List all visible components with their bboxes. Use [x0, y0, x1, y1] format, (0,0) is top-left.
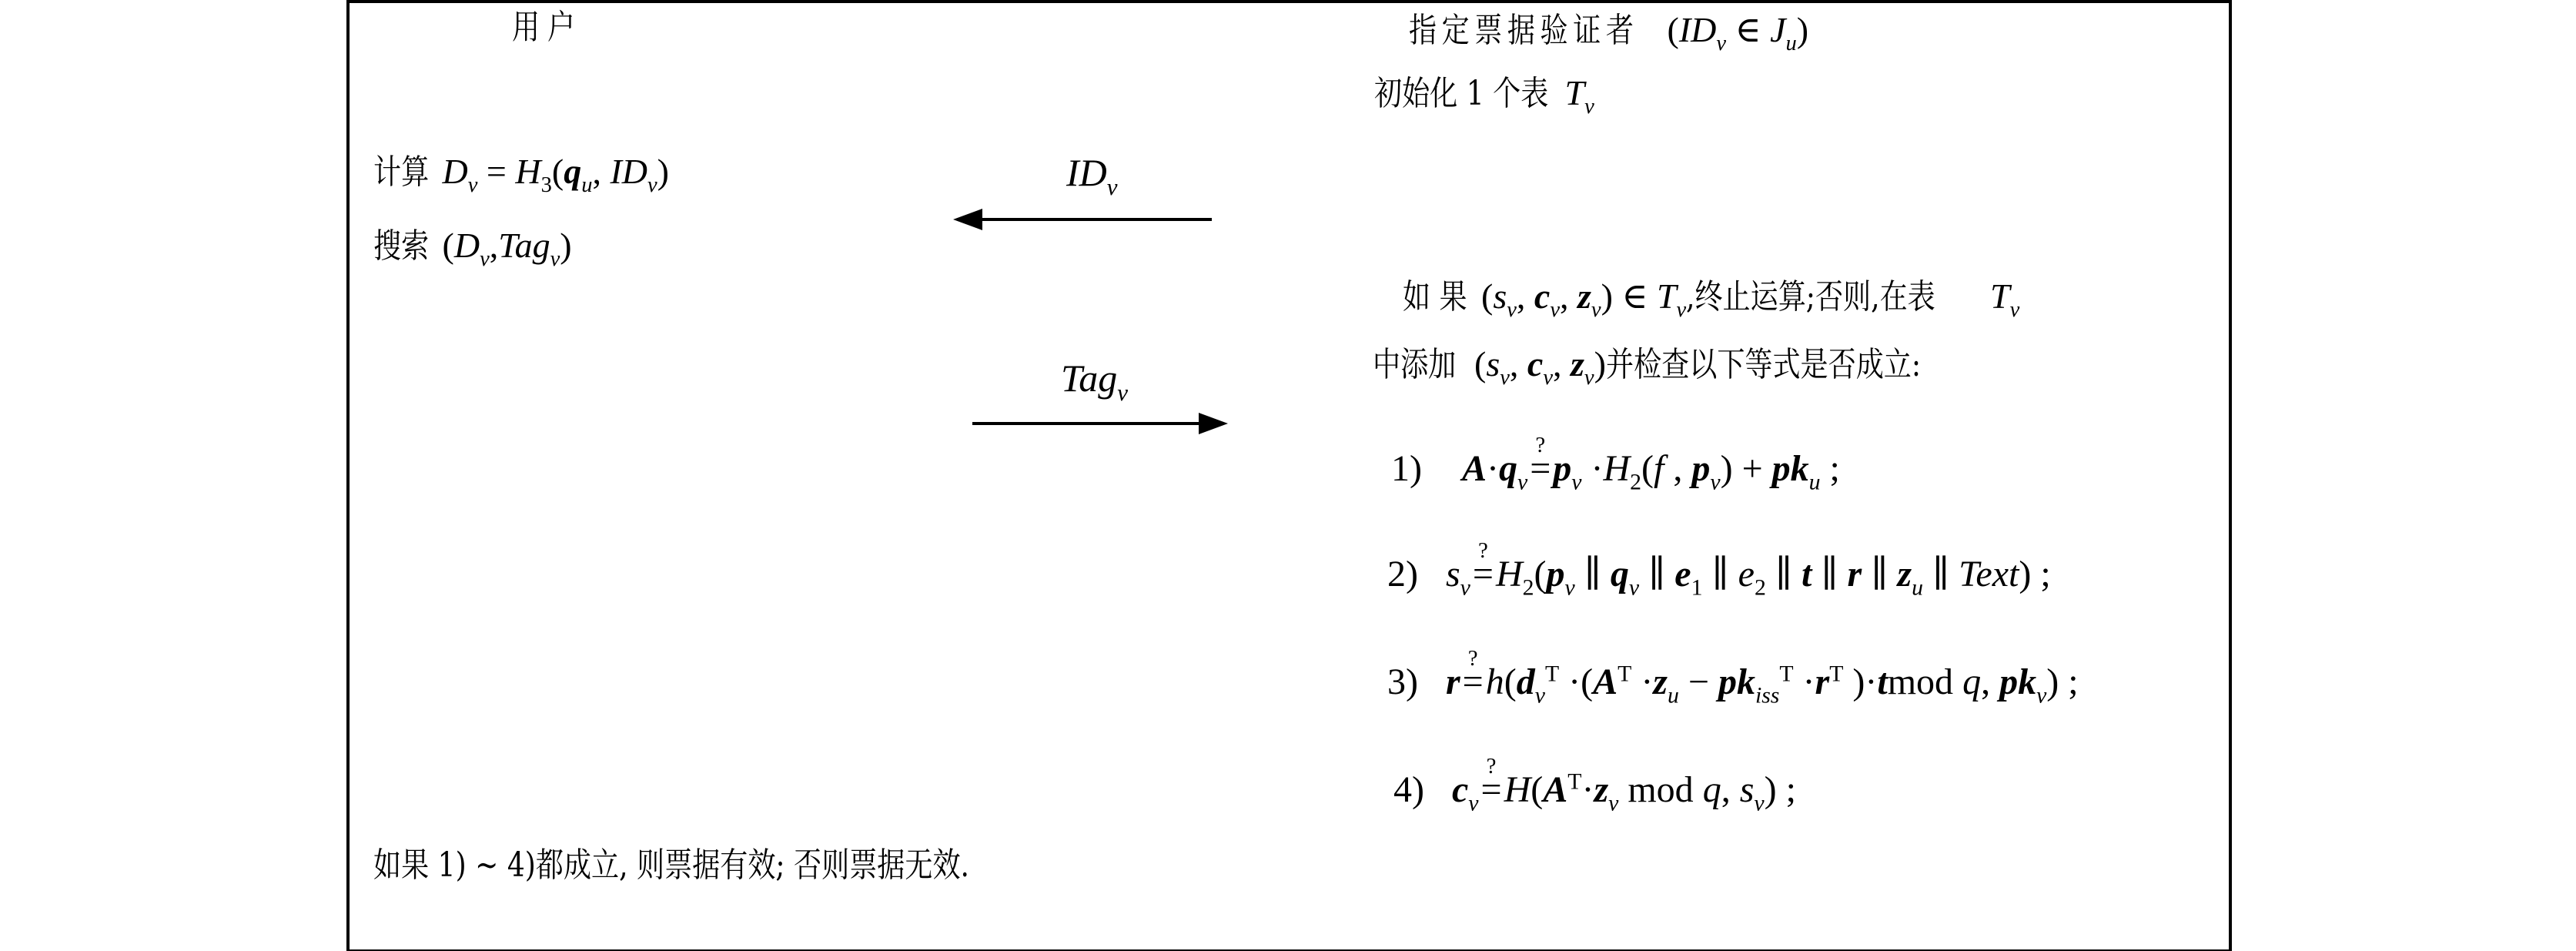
user-title-text: 用户: [512, 11, 583, 45]
math-symbol: (: [1534, 554, 1547, 594]
math-symbol: v: [1460, 574, 1470, 600]
math-symbol: v: [1716, 32, 1726, 55]
math-symbol: ,: [1553, 344, 1571, 383]
math-symbol: c: [1534, 276, 1550, 316]
math-symbol: ,: [490, 226, 499, 265]
equation-2-math: sv?=H2(pv ∥ qv ∥ e1 ∥ e2 ∥ t ∥ r ∥ zu ∥ …: [1446, 554, 2051, 594]
math-symbol: v: [1517, 469, 1527, 494]
math-symbol: c: [1452, 769, 1468, 810]
math-symbol: ∥: [1639, 554, 1674, 594]
math-symbol: ∥: [1862, 554, 1897, 594]
math-symbol: ) ∈: [1601, 276, 1657, 316]
math-symbol: v: [550, 247, 560, 271]
math-symbol: s: [1486, 344, 1500, 383]
math-symbol: v: [647, 173, 657, 197]
math-symbol: iss: [1755, 682, 1779, 708]
math-symbol: H: [515, 152, 540, 191]
math-symbol: T: [1567, 769, 1581, 795]
equation-1-number: 1): [1391, 448, 1422, 489]
math-symbol: pk: [1772, 448, 1809, 489]
user-step-compute-math: Dv = H3(qu, IDv): [443, 152, 670, 191]
math-symbol: u: [1786, 32, 1797, 55]
math-symbol: v: [2010, 298, 2020, 322]
text-fragment: 如 果: [1403, 280, 1467, 314]
questioned-equals: ?=: [1479, 772, 1504, 809]
math-symbol: q: [1703, 769, 1721, 810]
math-symbol: ,: [1517, 276, 1534, 316]
math-symbol: v: [1543, 366, 1553, 390]
math-symbol: ∥: [1702, 554, 1738, 594]
math-symbol: c: [1527, 344, 1543, 383]
arrow-right-tagv: [972, 422, 1223, 425]
user-step-compute-label: 计算: [373, 156, 429, 189]
math-symbol: d: [1517, 661, 1535, 702]
math-symbol: ) ;: [2046, 661, 2078, 702]
math-symbol: s: [1446, 554, 1460, 594]
verifier-title-text: 指定票据验证者: [1409, 14, 1638, 48]
math-symbol: ): [1797, 10, 1808, 49]
conclusion-text: 如果 1) ~ 4)都成立, 则票据有效; 否则票据无效.: [373, 847, 1100, 882]
math-symbol: Tag: [498, 226, 550, 265]
user-step-search-label: 搜索: [373, 229, 429, 263]
math-symbol: z: [1571, 344, 1584, 383]
math-symbol: T: [1657, 276, 1677, 316]
math-symbol: J: [1770, 10, 1785, 49]
math-symbol: v: [1629, 574, 1639, 600]
math-symbol: ,: [1664, 448, 1691, 489]
check-intro-line1-content: 如 果 (sv, cv, zv) ∈ Tv,终止运算;否则,在表Tv: [1403, 276, 2019, 316]
check-intro-line1: 如 果 (sv, cv, zv) ∈ Tv,终止运算;否则,在表Tv: [1403, 279, 2019, 314]
message-idv-sub: v: [1107, 173, 1118, 200]
math-symbol: −: [1679, 661, 1718, 702]
math-symbol: v: [1710, 469, 1720, 494]
equation-4: 4) cv?=H(AT·zv mod q, sv) ;: [1393, 772, 1796, 809]
message-tagv-label: Tagv: [1061, 356, 1128, 400]
math-symbol: v: [1584, 366, 1594, 390]
message-idv-text: ID: [1066, 151, 1107, 194]
math-symbol: ∈: [1726, 10, 1770, 49]
math-symbol: ,: [1981, 661, 1999, 702]
arrowhead-left-icon: [953, 209, 982, 230]
math-symbol: p: [1691, 448, 1710, 489]
equation-2-number: 2): [1387, 554, 1418, 594]
math-symbol: A: [1462, 448, 1487, 489]
equation-4-number: 4): [1393, 769, 1424, 810]
math-symbol: T: [1545, 661, 1559, 687]
math-symbol: T: [1829, 661, 1843, 687]
math-symbol: v: [1571, 469, 1581, 494]
math-symbol: ∥: [1923, 554, 1959, 594]
math-symbol: f: [1654, 448, 1664, 489]
math-symbol: 2: [1630, 469, 1641, 494]
math-symbol: 1: [1691, 574, 1703, 600]
math-symbol: (: [1504, 661, 1517, 702]
verifier-title-math: (IDv ∈ Ju): [1668, 10, 1809, 49]
math-symbol: (: [1481, 276, 1493, 316]
math-symbol: r: [1848, 554, 1862, 594]
math-symbol: ID: [610, 152, 647, 191]
math-symbol: z: [1897, 554, 1912, 594]
math-symbol: v: [480, 247, 490, 271]
math-symbol: H: [1504, 769, 1531, 810]
equation-3-math: r?=h(dvT ·(AT ·zu − pkissT ·rT )·tmod q,…: [1446, 661, 2079, 702]
math-symbol: ∥: [1766, 554, 1802, 594]
math-symbol: =: [477, 152, 515, 191]
math-symbol: D: [443, 152, 468, 191]
verifier-init-math: Tv: [1564, 73, 1594, 112]
user-step-compute: 计算 Dv = H3(qu, IDv): [373, 154, 669, 189]
math-symbol: A: [1593, 661, 1618, 702]
equation-1: 1) A·qv?=pv ·H2(f , pv) + pku ;: [1391, 450, 1840, 487]
equation-1-math: A·qv?=pv ·H2(f , pv) + pku ;: [1462, 448, 1840, 489]
verifier-party-title: 指定票据验证者 (IDv ∈ Ju): [1409, 12, 1808, 48]
math-symbol: (: [1474, 344, 1486, 383]
math-symbol: D: [454, 226, 480, 265]
math-symbol: ): [657, 152, 669, 191]
equation-3: 3) r?=h(dvT ·(AT ·zu − pkissT ·rT )·tmod…: [1387, 664, 2079, 701]
math-symbol: pk: [1718, 661, 1755, 702]
math-symbol: t: [1802, 554, 1812, 594]
math-symbol: z: [1577, 276, 1591, 316]
math-symbol: v: [1584, 95, 1594, 119]
math-symbol: T: [1779, 661, 1793, 687]
math-symbol: z: [1594, 769, 1608, 810]
math-symbol: v: [1608, 790, 1618, 815]
check-intro-line2: 中添加(sv, cv, zv) 并检查以下等式是否成立:: [1373, 347, 1990, 382]
math-symbol: )·: [1843, 661, 1877, 702]
math-symbol: v: [1677, 298, 1687, 322]
math-symbol: ): [560, 226, 571, 265]
text-fragment: ,终止运算;否则,在表: [1686, 280, 1935, 314]
math-symbol: v: [1591, 298, 1601, 322]
math-symbol: 3: [541, 173, 552, 197]
user-step-search: 搜索 (Dv,Tagv): [373, 228, 572, 263]
conclusion-text-content: 如果 1) ~ 4)都成立, 则票据有效; 否则票据无效.: [373, 849, 969, 882]
equation-3-number: 3): [1387, 661, 1418, 702]
math-symbol: ID: [1679, 10, 1717, 49]
math-symbol: (: [1531, 769, 1543, 810]
math-symbol: s: [1493, 276, 1507, 316]
math-symbol: T: [1618, 661, 1631, 687]
math-symbol: h: [1486, 661, 1504, 702]
math-symbol: ,: [1510, 344, 1527, 383]
questioned-equals: ?=: [1460, 664, 1486, 701]
math-symbol: p: [1553, 448, 1571, 489]
message-tagv-text: Tag: [1061, 357, 1117, 400]
math-symbol: ·: [1631, 661, 1653, 702]
math-symbol: H: [1496, 554, 1523, 594]
math-symbol: ·: [1487, 448, 1499, 489]
math-symbol: z: [1653, 661, 1668, 702]
protocol-frame: [346, 0, 2232, 951]
math-symbol: v: [2036, 682, 2046, 708]
math-symbol: v: [468, 173, 478, 197]
math-symbol: r: [1815, 661, 1830, 702]
math-symbol: ∥: [1575, 554, 1611, 594]
math-symbol: q: [1611, 554, 1629, 594]
math-symbol: (: [1668, 10, 1679, 49]
verifier-init-text: 初始化 1 个表: [1374, 77, 1548, 111]
math-symbol: v: [1565, 574, 1575, 600]
math-symbol: T: [1990, 276, 2010, 316]
math-symbol: ,: [1560, 276, 1577, 316]
math-symbol: u: [1668, 682, 1679, 708]
math-symbol: q: [1499, 448, 1517, 489]
math-symbol: mod: [1888, 661, 1962, 702]
math-symbol: s: [1740, 769, 1755, 810]
math-symbol: ,: [592, 152, 610, 191]
math-symbol: q: [564, 152, 581, 191]
user-step-search-math: (Dv,Tagv): [443, 226, 572, 265]
text-fragment: 中添加: [1373, 348, 1456, 382]
math-symbol: ∥: [1812, 554, 1847, 594]
math-symbol: e: [1674, 554, 1691, 594]
math-symbol: v: [1500, 366, 1510, 390]
math-symbol: t: [1877, 661, 1887, 702]
math-symbol: ·: [1582, 448, 1604, 489]
text-fragment: 并检查以下等式是否成立:: [1606, 348, 1921, 382]
math-symbol: ;: [1821, 448, 1840, 489]
math-symbol: ,: [1721, 769, 1740, 810]
math-symbol: 2: [1523, 574, 1534, 600]
math-symbol: v: [1535, 682, 1545, 708]
math-symbol: u: [1809, 469, 1821, 494]
math-symbol: T: [1564, 73, 1584, 112]
math-symbol: ·: [1794, 661, 1815, 702]
math-symbol: v: [1550, 298, 1560, 322]
math-symbol: v: [1468, 790, 1478, 815]
message-idv-label: IDv: [1066, 150, 1118, 195]
user-party-title: 用户: [512, 9, 598, 45]
equation-2: 2) sv?=H2(pv ∥ qv ∥ e1 ∥ e2 ∥ t ∥ r ∥ zu…: [1387, 556, 2051, 593]
math-symbol: (: [443, 226, 454, 265]
verifier-init-step: 初始化 1 个表 Tv: [1374, 75, 1594, 111]
math-symbol: ) +: [1721, 448, 1772, 489]
math-symbol: ) ;: [1765, 769, 1796, 810]
math-symbol: (: [1641, 448, 1654, 489]
math-symbol: ) ;: [2019, 554, 2050, 594]
check-intro-line2-content: 中添加(sv, cv, zv) 并检查以下等式是否成立:: [1373, 344, 1990, 383]
math-symbol: u: [581, 173, 592, 197]
questioned-equals: ?=: [1470, 556, 1496, 593]
math-symbol: v: [1754, 790, 1764, 815]
math-symbol: r: [1446, 661, 1460, 702]
math-symbol: A: [1543, 769, 1567, 810]
message-tagv-sub: v: [1117, 379, 1128, 406]
equation-4-math: cv?=H(AT·zv mod q, sv) ;: [1452, 769, 1796, 810]
math-symbol: p: [1547, 554, 1565, 594]
math-symbol: ·: [1581, 769, 1594, 810]
math-symbol: v: [1507, 298, 1517, 322]
math-symbol: pk: [1999, 661, 2036, 702]
questioned-equals: ?=: [1527, 450, 1553, 487]
math-symbol: ·(: [1559, 661, 1593, 702]
math-symbol: ): [1594, 344, 1606, 383]
math-symbol: q: [1962, 661, 1981, 702]
arrow-left-idv: [958, 218, 1212, 221]
math-symbol: H: [1603, 448, 1630, 489]
math-symbol: 2: [1755, 574, 1766, 600]
math-symbol: u: [1912, 574, 1923, 600]
math-symbol: mod: [1618, 769, 1702, 810]
math-symbol: e: [1738, 554, 1755, 594]
math-symbol: Text: [1959, 554, 2019, 594]
math-symbol: (: [552, 152, 564, 191]
arrowhead-right-icon: [1199, 413, 1228, 434]
